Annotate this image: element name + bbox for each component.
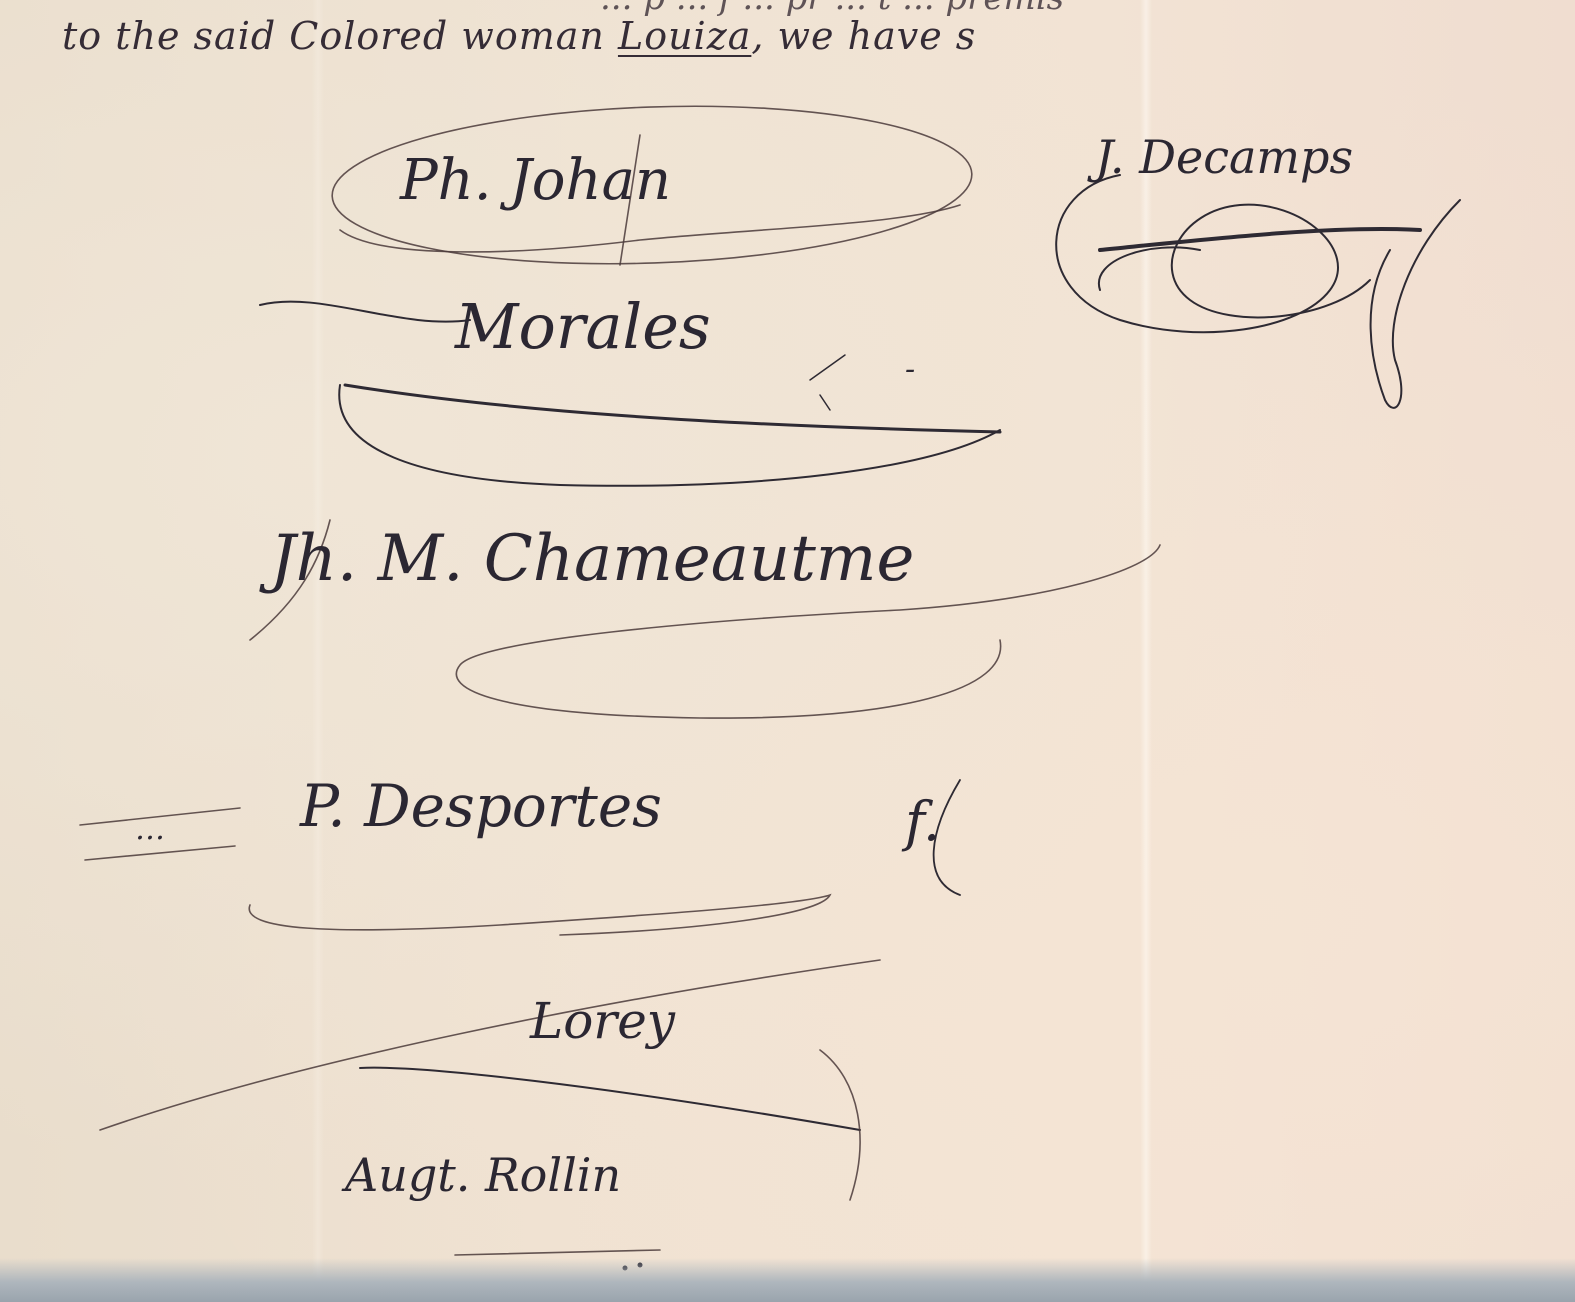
- signature-rollin: Augt. Rollin: [345, 1148, 621, 1202]
- document-text-prefix: to the said Colored woman: [62, 14, 618, 58]
- desportes-dots-mark: …: [135, 812, 165, 847]
- document-text-line: to the said Colored woman Louiza, we hav…: [62, 14, 976, 58]
- pen-flourishes: [0, 0, 1575, 1302]
- desportes-suffix-mark: f.: [905, 790, 940, 853]
- signature-decamps: J. Decamps: [1095, 130, 1353, 184]
- paper-bottom-edge: [0, 1258, 1575, 1302]
- underlined-name-louiza: Louiza: [618, 14, 751, 58]
- signature-johan: Ph. Johan: [400, 148, 671, 213]
- signature-chameautme: Jh. M. Chameautme: [270, 522, 914, 596]
- morales-dash-mark: -: [905, 352, 915, 387]
- signature-lorey: Lorey: [530, 992, 675, 1050]
- signature-morales: Morales: [455, 290, 711, 363]
- document-text-suffix: , we have s: [751, 14, 976, 58]
- signature-desportes: P. Desportes: [300, 772, 662, 840]
